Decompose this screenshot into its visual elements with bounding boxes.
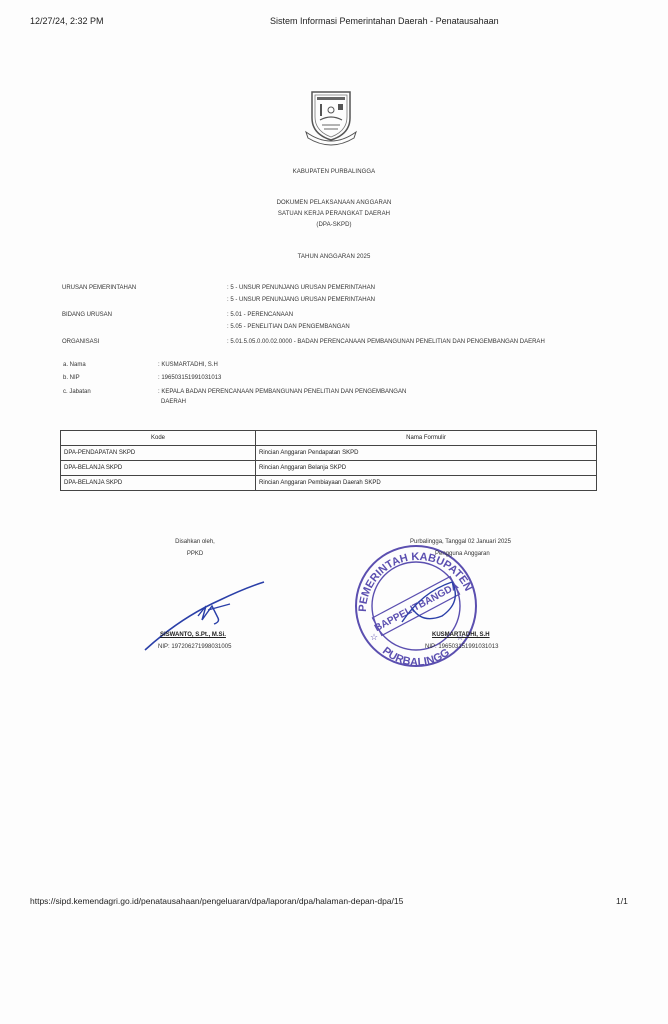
left-sig-name: SISWANTO, S.Pt., M.Si.	[160, 632, 226, 638]
coat-of-arms-logo	[302, 88, 360, 148]
print-page-number: 1/1	[616, 896, 628, 906]
table-row: DPA-BELANJA SKPD Rincian Anggaran Belanj…	[61, 461, 597, 476]
nama-label: a. Nama	[63, 362, 86, 368]
print-page-title: Sistem Informasi Pemerintahan Daerah - P…	[270, 16, 499, 26]
forms-table: Kode Nama Formulir DPA-PENDAPATAN SKPD R…	[60, 430, 597, 491]
jabatan-value-line1: : KEPALA BADAN PERENCANAAN PEMBANGUNAN P…	[158, 389, 406, 395]
print-datetime: 12/27/24, 2:32 PM	[30, 16, 104, 26]
right-sig-nip: NIP: 196503151991031013	[425, 644, 498, 650]
region-name: KABUPATEN PURBALINGGA	[0, 169, 668, 175]
table-row: DPA-BELANJA SKPD Rincian Anggaran Pembia…	[61, 476, 597, 491]
col-header-kode: Kode	[61, 431, 256, 446]
cell-nama-formulir: Rincian Anggaran Pendapatan SKPD	[256, 446, 597, 461]
jabatan-label: c. Jabatan	[63, 389, 91, 395]
bidang-value-2: : 5.05 - PENELITIAN DAN PENGEMBANGAN	[227, 324, 350, 330]
cell-nama-formulir: Rincian Anggaran Pembiayaan Daerah SKPD	[256, 476, 597, 491]
right-sig-role: Pengguna Anggaran	[435, 551, 490, 557]
right-sig-name: KUSMARTADHI, S.H	[432, 632, 490, 638]
left-sig-caption2: PPKD	[140, 551, 250, 557]
nama-value: : KUSMARTADHI, S.H	[158, 362, 218, 368]
col-header-nama-formulir: Nama Formulir	[256, 431, 597, 446]
urusan-value-1: : 5 - UNSUR PENUNJANG URUSAN PEMERINTAHA…	[227, 285, 375, 291]
nip-label: b. NIP	[63, 375, 80, 381]
nip-value: : 196503151991031013	[158, 375, 221, 381]
cell-kode: DPA-BELANJA SKPD	[61, 476, 256, 491]
urusan-label: URUSAN PEMERINTAHAN	[62, 285, 136, 291]
cell-kode: DPA-PENDAPATAN SKPD	[61, 446, 256, 461]
bidang-label: BIDANG URUSAN	[62, 312, 112, 318]
doc-title-line1: DOKUMEN PELAKSANAAN ANGGARAN	[0, 200, 668, 206]
left-sig-nip: NIP: 197206271998031005	[158, 644, 231, 650]
table-row: DPA-PENDAPATAN SKPD Rincian Anggaran Pen…	[61, 446, 597, 461]
doc-title-line3: (DPA-SKPD)	[0, 222, 668, 228]
urusan-value-2: : 5 - UNSUR PENUNJANG URUSAN PEMERINTAHA…	[227, 297, 375, 303]
right-sig-place-date: Purbalingga, Tanggal 02 Januari 2025	[410, 539, 511, 545]
left-sig-caption1: Disahkan oleh,	[140, 539, 250, 545]
svg-text:BAPPELITBANGDA: BAPPELITBANGDA	[373, 581, 461, 635]
fiscal-year: TAHUN ANGGARAN 2025	[0, 254, 668, 260]
print-url: https://sipd.kemendagri.go.id/penatausah…	[30, 896, 403, 906]
official-stamp: PEMERINTAH KABUPATEN PURBALINGGA BAPPELI…	[352, 542, 482, 670]
organisasi-value: : 5.01.5.05.0.00.02.0000 - BADAN PERENCA…	[227, 339, 545, 345]
bidang-value-1: : 5.01 - PERENCANAAN	[227, 312, 293, 318]
svg-text:☆: ☆	[370, 632, 378, 642]
organisasi-label: ORGANISASI	[62, 339, 99, 345]
jabatan-value-line2: DAERAH	[161, 399, 186, 405]
cell-kode: DPA-BELANJA SKPD	[61, 461, 256, 476]
cell-nama-formulir: Rincian Anggaran Belanja SKPD	[256, 461, 597, 476]
doc-title-line2: SATUAN KERJA PERANGKAT DAERAH	[0, 211, 668, 217]
